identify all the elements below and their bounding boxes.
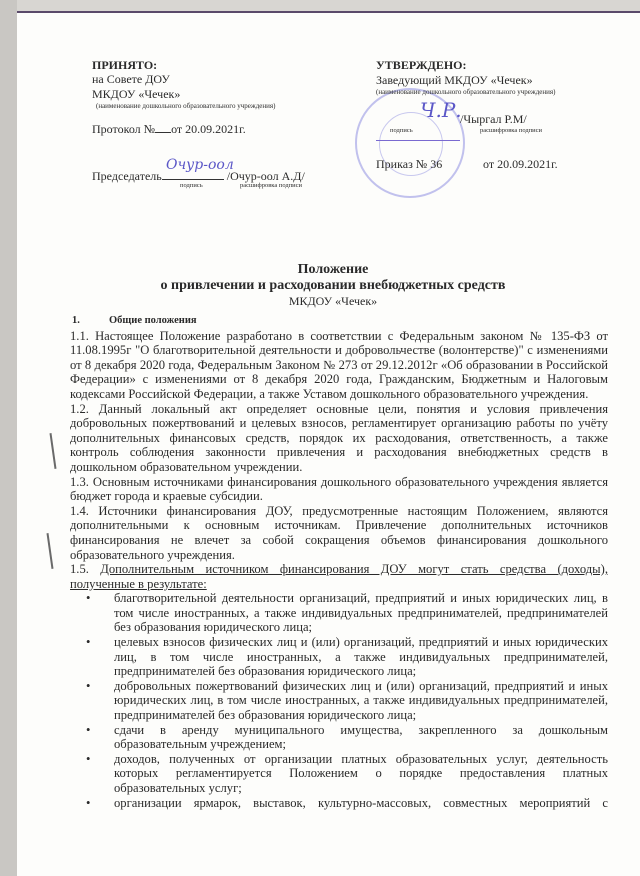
order-date: от 20.09.2021г.: [483, 157, 558, 172]
accepted-heading: ПРИНЯТО:: [92, 58, 157, 73]
document-title: Положение: [0, 262, 640, 278]
scanner-edge: [0, 0, 17, 876]
document-subtitle: о привлечении и расходовании внебюджетны…: [0, 278, 640, 294]
approved-heading: УТВЕРЖДЕНО:: [376, 58, 467, 73]
section-title: Общие положения: [109, 315, 197, 326]
chairman-sign-caption: подпись: [180, 182, 203, 189]
chairman-label: Председатель: [92, 169, 162, 183]
paragraph-1-5: 1.5. Дополнительным источником финансиро…: [70, 562, 608, 591]
head-signature: Ч.Р.: [420, 98, 462, 122]
head-sign-caption: подпись: [390, 127, 413, 134]
paragraph-1-5-number: 1.5.: [70, 562, 100, 576]
chairman-signature: Oчур-оол: [166, 157, 234, 173]
section-heading: 1.Общие положения: [70, 314, 608, 329]
income-sources-list: благотворительной деятельности организац…: [70, 591, 608, 810]
accepted-org-caption: (наименование дошкольного образовательно…: [96, 102, 275, 110]
head-signature-line: [376, 122, 460, 141]
order-number: Приказ № 36: [376, 157, 442, 172]
list-item: доходов, полученных от организации платн…: [114, 752, 608, 796]
accepted-org: МКДОУ «Чечек»: [92, 87, 180, 102]
staple-mark: [50, 433, 57, 469]
protocol-line: Протокол №от 20.09.2021г.: [92, 122, 246, 137]
document-org: МКДОУ «Чечек»: [0, 294, 640, 309]
chairman-name: /Очур-оол А.Д/: [227, 169, 305, 183]
protocol-date: от 20.09.2021г.: [171, 122, 246, 136]
approved-head-title: Заведующий МКДОУ «Чечек»: [376, 73, 533, 88]
protocol-label: Протокол №: [92, 122, 155, 136]
protocol-number-blank: [155, 122, 171, 133]
section-number: 1.: [70, 314, 109, 329]
list-item: добровольных пожертвований физических ли…: [114, 679, 608, 723]
paragraph-1-5-lead: Дополнительным источником финансирования…: [70, 562, 608, 591]
staple-mark: [47, 533, 54, 569]
head-decode-caption: расшифровка подписи: [480, 127, 542, 134]
list-item: организации ярмарок, выставок, культурно…: [114, 796, 608, 811]
list-item: сдачи в аренду муниципального имущества,…: [114, 723, 608, 752]
head-name: /Чыргал Р.М/: [460, 112, 527, 127]
document-body: 1.Общие положения 1.1. Настоящее Положен…: [70, 314, 608, 810]
paragraph-1-1: 1.1. Настоящее Положение разработано в с…: [70, 329, 608, 402]
list-item: целевых взносов физических лиц и (или) о…: [114, 635, 608, 679]
chairman-decode-caption: расшифровка подписи: [240, 182, 302, 189]
accepted-council: на Совете ДОУ: [92, 72, 170, 87]
paragraph-1-4: 1.4. Источники финансирования ДОУ, преду…: [70, 504, 608, 562]
paragraph-1-2: 1.2. Данный локальный акт определяет осн…: [70, 402, 608, 475]
paragraph-1-3: 1.3. Основным источниками финансирования…: [70, 475, 608, 504]
list-item: благотворительной деятельности организац…: [114, 591, 608, 635]
approved-org-caption: (наименование дошкольного образовательно…: [376, 88, 555, 96]
